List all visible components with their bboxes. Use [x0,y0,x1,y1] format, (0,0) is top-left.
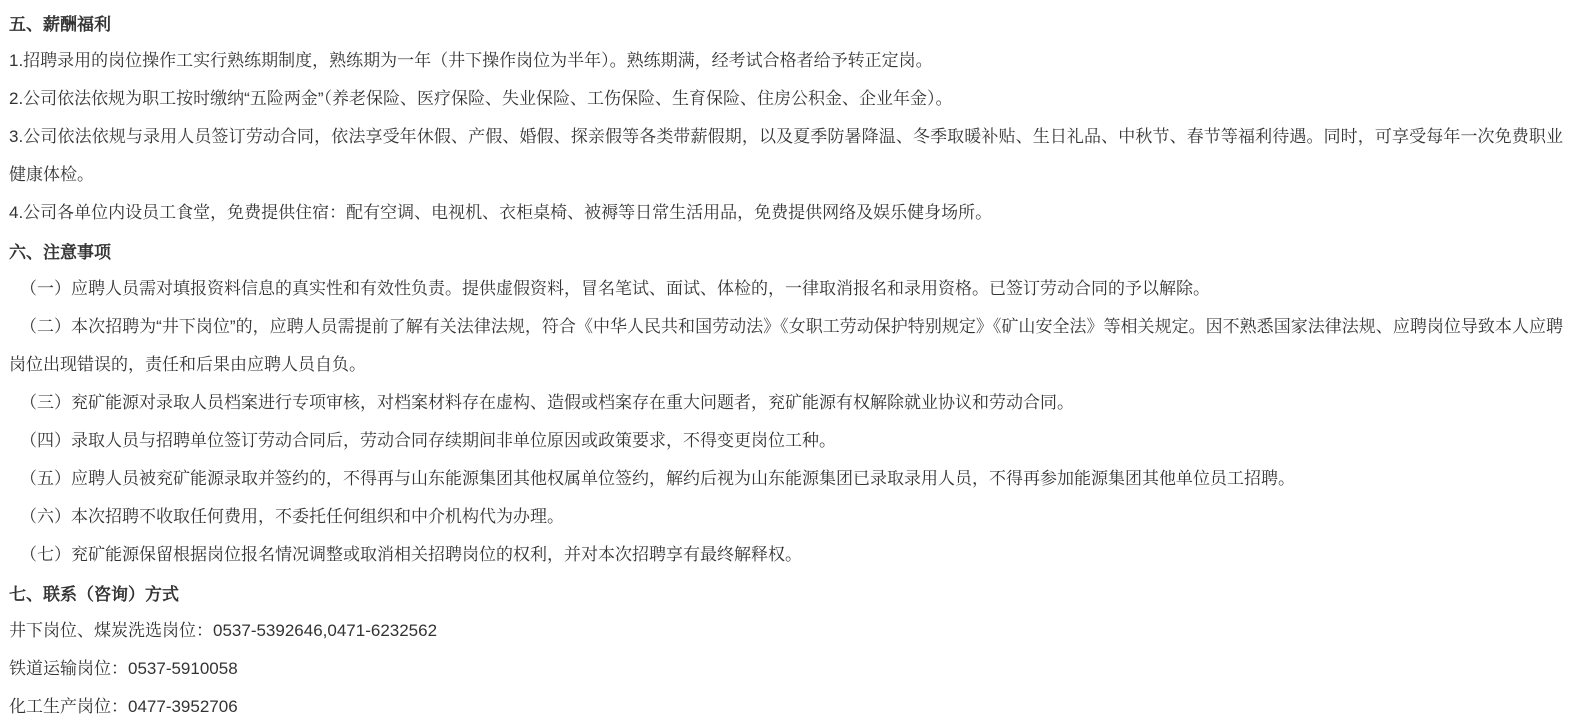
paragraph: （二）本次招聘为“井下岗位”的，应聘人员需提前了解有关法律法规，符合《中华人民共… [9,308,1563,384]
section-notices: 六、注意事项 （一）应聘人员需对填报资料信息的真实性和有效性负责。提供虚假资料，… [9,239,1563,574]
paragraph: （六）本次招聘不收取任何费用，不委托任何组织和中介机构代为办理。 [9,498,1563,536]
contact-line-underground-coal-washing: 井下岗位、煤炭洗选岗位：0537-5392646,0471-6232562 [9,612,1563,650]
paragraph: 1.招聘录用的岗位操作工实行熟练期制度，熟练期为一年（井下操作岗位为半年）。熟练… [9,42,1563,80]
paragraph: 2.公司依法依规为职工按时缴纳“五险两金”（养老保险、医疗保险、失业保险、工伤保… [9,80,1563,118]
recruitment-notice-document: 五、薪酬福利 1.招聘录用的岗位操作工实行熟练期制度，熟练期为一年（井下操作岗位… [0,0,1579,724]
paragraph: （五）应聘人员被兖矿能源录取并签约的，不得再与山东能源集团其他权属单位签约，解约… [9,460,1563,498]
section-heading-compensation: 五、薪酬福利 [9,11,1563,39]
paragraph: （四）录取人员与招聘单位签订劳动合同后，劳动合同存续期间非单位原因或政策要求，不… [9,422,1563,460]
section-heading-notices: 六、注意事项 [9,239,1563,267]
contact-line-chemical-production: 化工生产岗位：0477-3952706 [9,688,1563,724]
paragraph: （一）应聘人员需对填报资料信息的真实性和有效性负责。提供虚假资料，冒名笔试、面试… [9,270,1563,308]
section-heading-contact: 七、联系（咨询）方式 [9,581,1563,609]
section-contact: 七、联系（咨询）方式 井下岗位、煤炭洗选岗位：0537-5392646,0471… [9,581,1563,724]
paragraph: 3.公司依法依规与录用人员签订劳动合同，依法享受年休假、产假、婚假、探亲假等各类… [9,118,1563,194]
paragraph: （七）兖矿能源保留根据岗位报名情况调整或取消相关招聘岗位的权利，并对本次招聘享有… [9,536,1563,574]
paragraph: 4.公司各单位内设员工食堂，免费提供住宿：配有空调、电视机、衣柜桌椅、被褥等日常… [9,194,1563,232]
contact-line-railway-transport: 铁道运输岗位：0537-5910058 [9,650,1563,688]
section-compensation-benefits: 五、薪酬福利 1.招聘录用的岗位操作工实行熟练期制度，熟练期为一年（井下操作岗位… [9,11,1563,232]
paragraph: （三）兖矿能源对录取人员档案进行专项审核，对档案材料存在虚构、造假或档案存在重大… [9,384,1563,422]
